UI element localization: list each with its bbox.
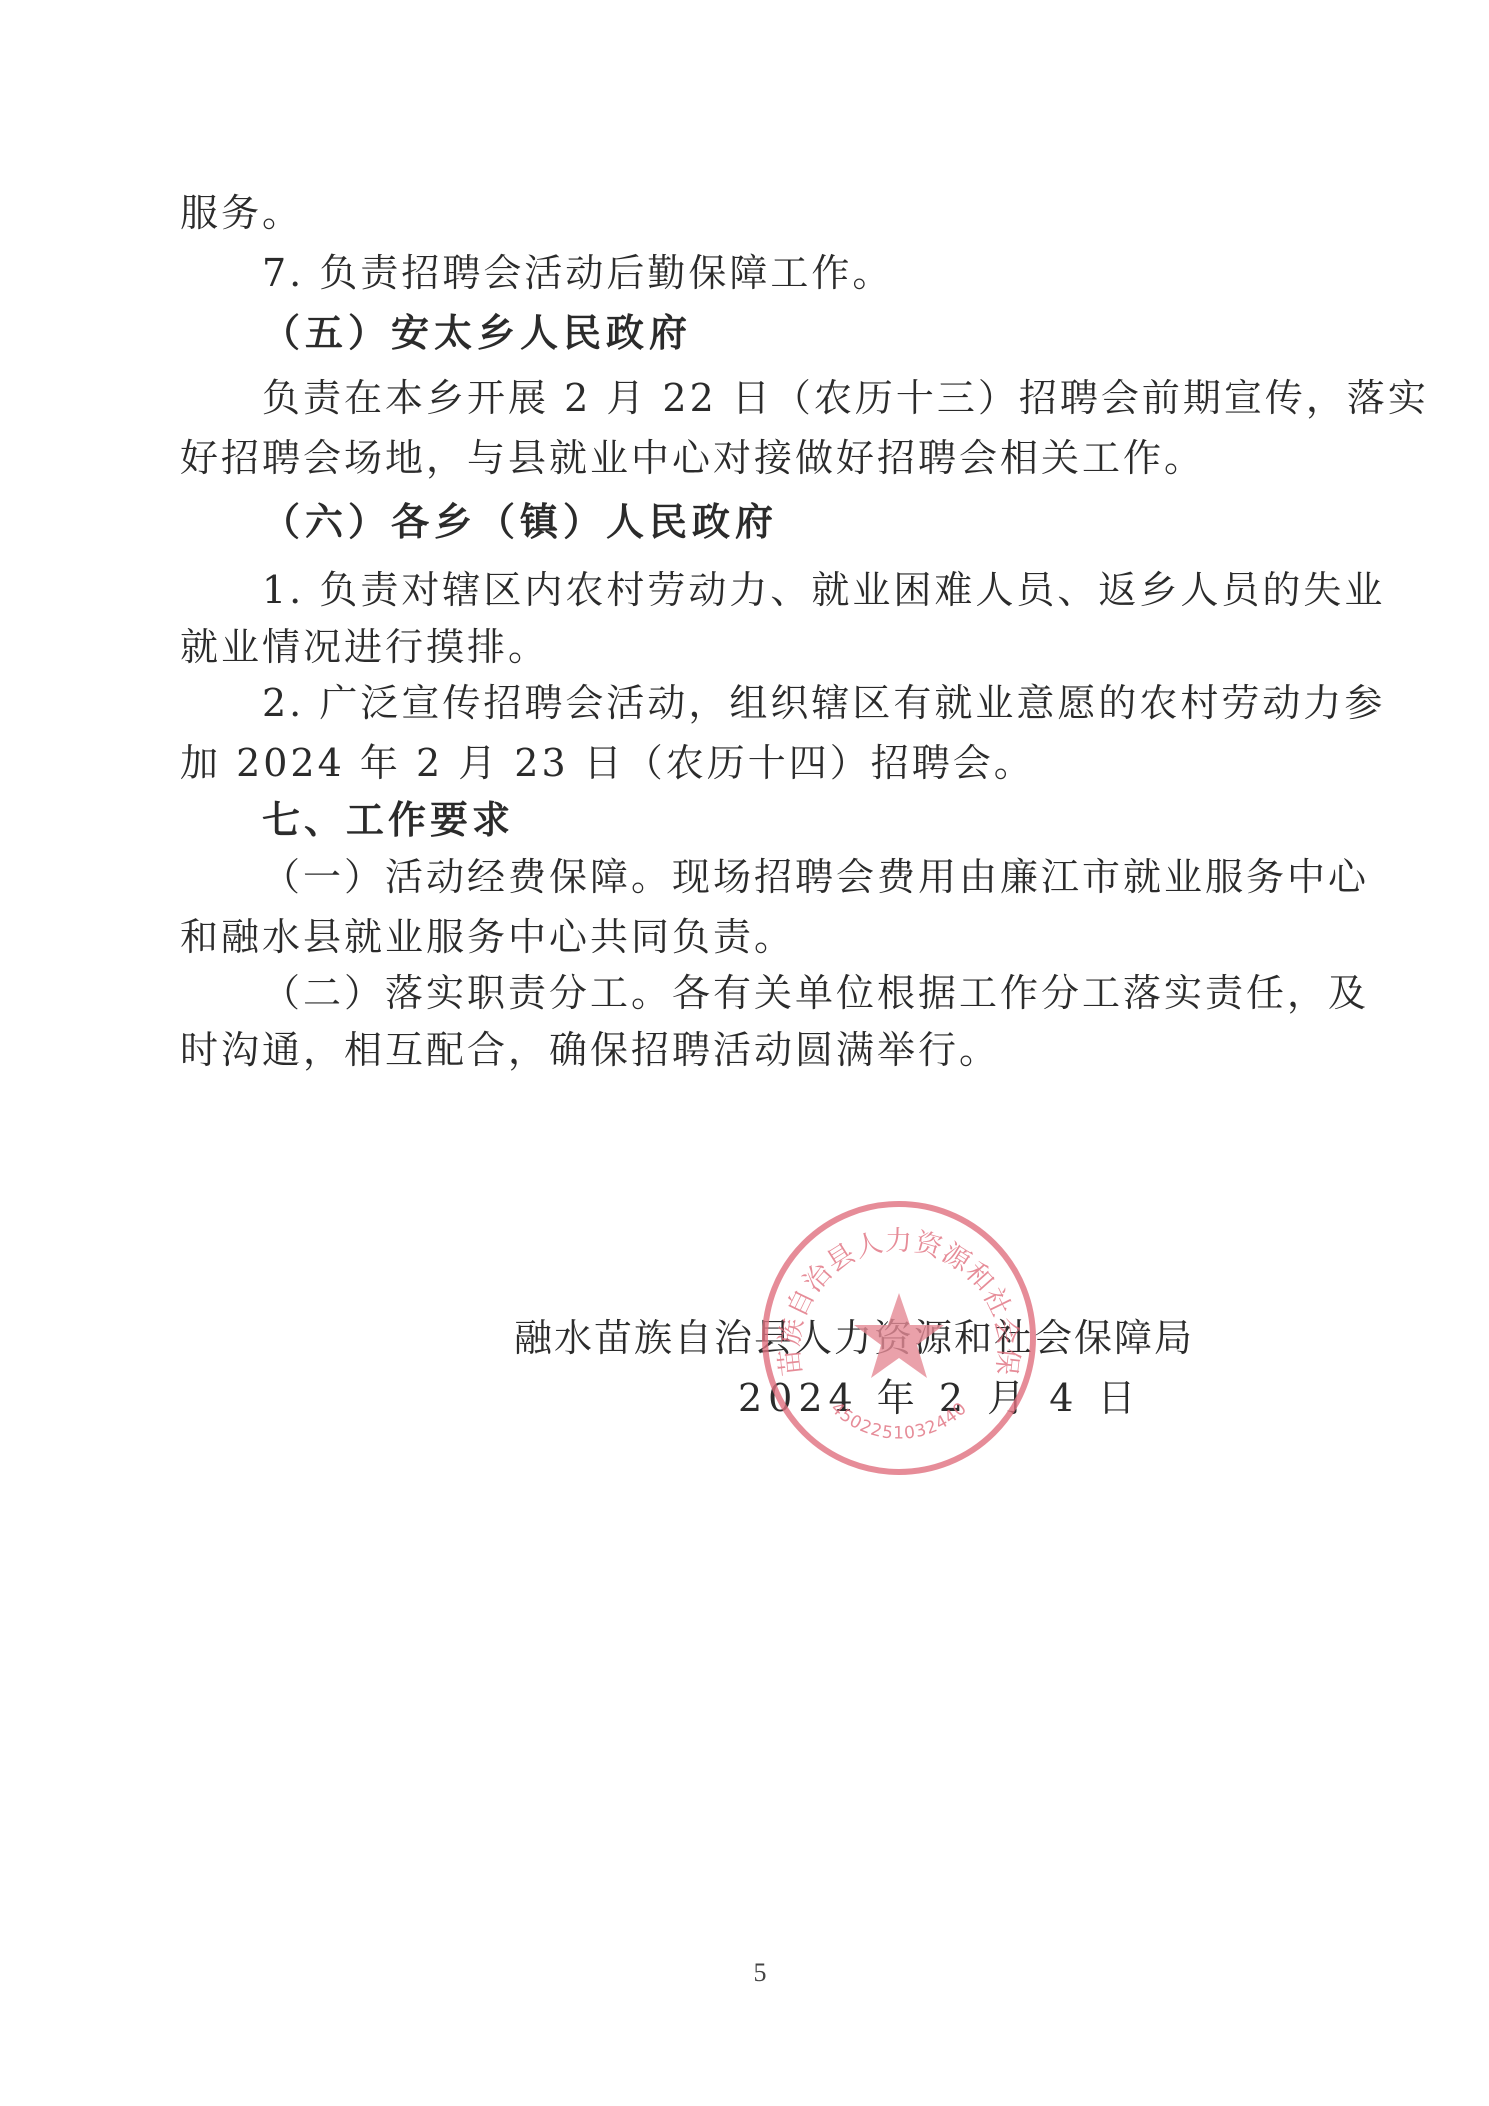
body-paragraph-antai: 负责在本乡开展 2 月 22 日（农历十三）招聘会前期宣传，落实 [262,368,1335,428]
body-requirement-2-cont: 时沟通，相互配合，确保招聘活动圆满举行。 [180,1020,1335,1080]
signature-organization: 融水苗族自治县人力资源和社会保障局 [514,1308,1194,1368]
subheading-antai-township: （五）安太乡人民政府 [262,303,1335,363]
body-item-7: 7. 负责招聘会活动后勤保障工作。 [262,243,1335,303]
page-number: 5 [740,1955,780,1991]
signature-date: 2024 年 2 月 4 日 [738,1368,1141,1428]
document-page: 服务。 7. 负责招聘会活动后勤保障工作。 （五）安太乡人民政府 负责在本乡开展… [0,0,1489,2106]
subheading-townships: （六）各乡（镇）人民政府 [262,492,1335,552]
body-requirement-2: （二）落实职责分工。各有关单位根据工作分工落实责任，及 [262,963,1335,1023]
section-heading-work-requirements: 七、工作要求 [262,790,1335,850]
body-item-1: 1. 负责对辖区内农村劳动力、就业困难人员、返乡人员的失业 [262,560,1335,620]
body-requirement-1: （一）活动经费保障。现场招聘会费用由廉江市就业服务中心 [262,847,1335,907]
body-item-2: 2. 广泛宣传招聘会活动，组织辖区有就业意愿的农村劳动力参 [262,673,1335,733]
body-paragraph-antai-cont: 好招聘会场地，与县就业中心对接做好招聘会相关工作。 [180,428,1335,488]
body-item-2-cont: 加 2024 年 2 月 23 日（农历十四）招聘会。 [180,733,1335,793]
body-item-1-cont: 就业情况进行摸排。 [180,617,1335,677]
body-requirement-1-cont: 和融水县就业服务中心共同负责。 [180,907,1335,967]
body-line-continuation: 服务。 [180,183,1335,243]
